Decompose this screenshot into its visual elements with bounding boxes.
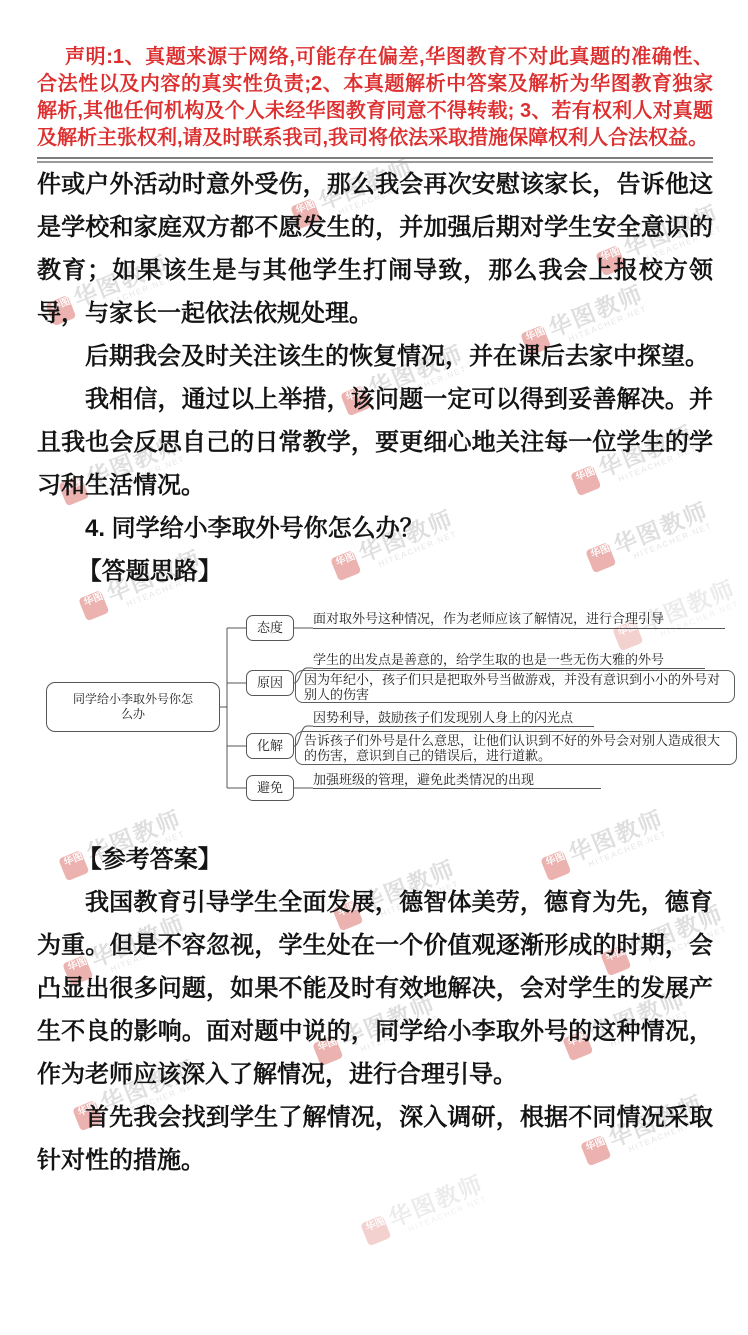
paragraph: 后期我会及时关注该生的恢复情况，并在课后去家中探望。 (37, 335, 713, 378)
disclaimer-body: 1、真题来源于网络,可能存在偏差,华图教育不对此真题的准确性、合法性以及内容的真… (37, 46, 713, 149)
mindmap-leaf-boxed: 告诉孩子们外号是什么意思，让他们认识到不好的外号会对别人造成很大的伤害，意识到自… (295, 731, 737, 765)
answer-body-text: 件或户外活动时意外受伤，那么我会再次安慰该家长，告诉他这是学校和家庭双方都不愿发… (37, 163, 713, 1182)
answer-mindmap: 同学给小李取外号你怎么办 态度 原因 化解 避免 面对取外号这种情况，作为老师应… (37, 607, 713, 812)
disclaimer-label: 声明: (65, 46, 113, 68)
mindmap-branch-resolve: 化解 (246, 733, 294, 759)
mindmap-leaf: 面对取外号这种情况，作为老师应该了解情况，进行合理引导 (313, 611, 725, 629)
mindmap-branch-cause: 原因 (246, 670, 294, 696)
mindmap-root-node: 同学给小李取外号你怎么办 (46, 682, 220, 732)
huatu-logo-icon: 华图 (360, 1215, 391, 1246)
mindmap-leaf: 因势利导，鼓励孩子们发现别人身上的闪光点 (313, 710, 594, 727)
mindmap-branch-avoid: 避免 (246, 775, 294, 801)
section-header-answer: 【参考答案】 (37, 838, 713, 881)
paragraph: 我国教育引导学生全面发展，德智体美劳，德育为先，德育为重。但是不容忽视，学生处在… (37, 881, 713, 1096)
disclaimer-text: 声明:1、真题来源于网络,可能存在偏差,华图教育不对此真题的准确性、合法性以及内… (37, 44, 713, 152)
mindmap-leaf-boxed: 因为年纪小，孩子们只是把取外号当做游戏，并没有意识到小小的外号对别人的伤害 (295, 670, 735, 703)
section-header-thinking: 【答题思路】 (37, 550, 713, 593)
paragraph: 首先我会找到学生了解情况，深入调研，根据不同情况采取针对性的措施。 (37, 1096, 713, 1182)
document-page: 声明:1、真题来源于网络,可能存在偏差,华图教育不对此真题的准确性、合法性以及内… (37, 44, 713, 1182)
question-title: 4. 同学给小李取外号你怎么办？ (37, 507, 713, 550)
brand-watermark: 华图华图教师HITEACHER.NET (359, 1172, 491, 1250)
watermark-site: HITEACHER.NET (395, 1194, 491, 1239)
mindmap-branch-attitude: 态度 (246, 615, 294, 641)
paragraph: 我相信，通过以上举措，该问题一定可以得到妥善解决。并且我也会反思自己的日常教学，… (37, 378, 713, 507)
mindmap-leaf: 学生的出发点是善意的，给学生取的也是一些无伤大雅的外号 (313, 652, 705, 669)
mindmap-leaf: 加强班级的管理，避免此类情况的出现 (313, 772, 601, 789)
paragraph: 件或户外活动时意外受伤，那么我会再次安慰该家长，告诉他这是学校和家庭双方都不愿发… (37, 163, 713, 335)
